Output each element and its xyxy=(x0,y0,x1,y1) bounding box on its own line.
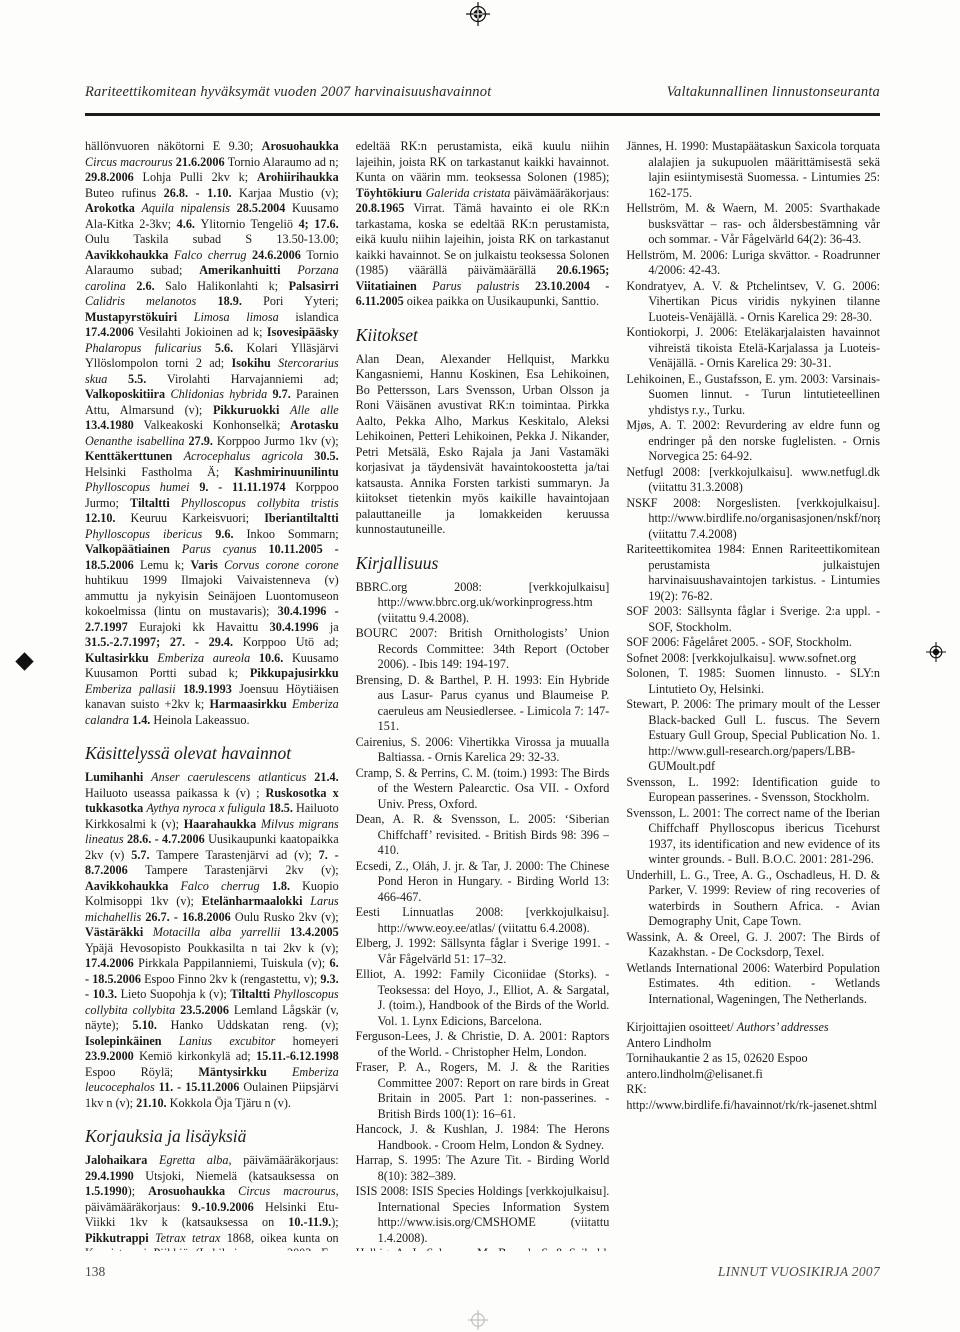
text-run: Karjaa Mustio (v); xyxy=(239,186,339,200)
page-footer: 138 LINNUT VUOSIKIRJA 2007 xyxy=(85,1264,880,1280)
paragraph: Alan Dean, Alexander Hellquist, Markku K… xyxy=(356,352,610,538)
column-1: hällönvuoren näkötorni E 9.30; Arosuohau… xyxy=(85,139,339,1251)
reference-item: Eesti Linnuatlas 2008: [verkkojulkaisu].… xyxy=(356,905,610,936)
text-run: 30.5. xyxy=(314,449,338,463)
text-run: RK: xyxy=(626,1082,646,1096)
text-run: Oenanthe isabellina xyxy=(85,434,189,448)
text-run: Espoo Finno 2kv k (rengastettu, v); xyxy=(144,972,320,986)
text-run: 29.8.2006 xyxy=(85,170,143,184)
text-run: Amerikanhuitti xyxy=(199,263,297,277)
text-run: 4.6. xyxy=(177,217,201,231)
text-run: 5.6. xyxy=(215,341,247,355)
text-run: Kashmirinuunilintu xyxy=(234,465,338,479)
text-run: Tampere Tarastenjärvi ad (v); xyxy=(156,848,318,862)
text-run: Lanius excubitor xyxy=(179,1034,293,1048)
text-run: Lohja Pulli 2kv k; xyxy=(143,170,257,184)
text-run: 15.11.-6.12.1998 xyxy=(256,1049,339,1063)
text-run: Circus macrourus xyxy=(85,155,176,169)
reference-item: Hellström, M. & Waern, M. 2005: Svarthak… xyxy=(626,201,880,248)
text-run: homeyeri xyxy=(293,1034,339,1048)
text-run: Töyhtökiuru xyxy=(356,186,426,200)
text-run: Parus palustris xyxy=(432,279,535,293)
text-run: Circus macrourus xyxy=(238,1184,335,1198)
text-run: Heinola Lakeassuo. xyxy=(153,713,249,727)
text-run: Harmaasirkku xyxy=(210,697,292,711)
text-run: Buteo rufinus xyxy=(85,186,164,200)
spacer xyxy=(626,1007,880,1020)
text-run: Ylitornio Tengeliö xyxy=(201,217,299,231)
text-run: Tiltaltti xyxy=(130,496,181,510)
text-run: 9.-10.9.2006 xyxy=(192,1200,265,1214)
text-run: 24.6.2006 xyxy=(252,248,306,262)
text-run: 17.4.2006 xyxy=(85,325,138,339)
text-run: Parus cyanus xyxy=(182,542,269,556)
text-run: Vesilahti Jokioinen ad k; xyxy=(138,325,267,339)
reference-item: Solonen, T. 1985: Suomen linnusto. - SLY… xyxy=(626,666,880,697)
address-line: RK: xyxy=(626,1082,880,1098)
section-heading: Korjauksia ja lisäyksiä xyxy=(85,1126,339,1147)
reference-item: Lehikoinen, E., Gustafsson, E. ym. 2003:… xyxy=(626,372,880,419)
text-run: 13.4.2005 xyxy=(290,925,339,939)
text-run: Ypäjä Hevosopisto Poukkasilta n tai 2kv … xyxy=(85,941,339,955)
text-run: Aavikkohaukka xyxy=(85,248,174,262)
text-run: Virolahti Harvajanniemi ad; xyxy=(167,372,339,386)
text-run: Kultasirkku xyxy=(85,651,157,665)
text-run: Falco cherrug xyxy=(174,248,252,262)
text-run: 9.7. xyxy=(272,387,296,401)
text-run: 18.9. xyxy=(217,294,263,308)
text-run: Korppoo Utö ad; xyxy=(243,635,339,649)
reference-item: Underhill, L. G., Tree, A. G., Oschadleu… xyxy=(626,868,880,930)
reference-item: Kontiokorpi, J. 2006: Eteläkarjalaisten … xyxy=(626,325,880,372)
running-head-section-title: Valtakunnallinen linnustonseuranta xyxy=(667,84,880,101)
journal-page: Rariteettikomitean hyväksymät vuoden 200… xyxy=(0,0,960,1332)
text-run: Utsjoki, Niemelä (katsauksessa on xyxy=(145,1169,338,1183)
text-run: Pikkutrappi xyxy=(85,1231,155,1245)
reference-item: Sofnet 2008: [verkkojulkaisu]. www.sofne… xyxy=(626,651,880,667)
address-line: Tornihaukantie 2 as 15, 02620 Espoo xyxy=(626,1051,880,1067)
text-run: Isovesipääsky xyxy=(267,325,339,339)
text-run: Isolepinkäinen xyxy=(85,1034,179,1048)
text-run: 1.8. xyxy=(272,879,302,893)
text-run: Arosuohaukka xyxy=(262,139,339,153)
text-run: Haarahaukka xyxy=(184,817,261,831)
text-run: Calidris melanotos xyxy=(85,294,217,308)
reference-item: BOURC 2007: British Ornithologists’ Unio… xyxy=(356,626,610,673)
text-run: Valkeakoski Konhonselkä; xyxy=(143,418,290,432)
text-run: Galerida cristata xyxy=(426,186,514,200)
text-run: Kirjoittajien osoitteet/ xyxy=(626,1020,736,1034)
running-head: Rariteettikomitean hyväksymät vuoden 200… xyxy=(85,84,880,101)
text-run: 23.9.2000 xyxy=(85,1049,139,1063)
text-run: 5.5. xyxy=(128,372,167,386)
text-run: Tornio Alaraumo ad n; xyxy=(228,155,339,169)
address-line: Antero Lindholm xyxy=(626,1036,880,1052)
text-run: 11. - 15.11.2006 xyxy=(159,1080,244,1094)
text-run: 4; 17.6. xyxy=(299,217,339,231)
text-run: Acrocephalus agricola xyxy=(184,449,315,463)
reference-item: Cairenius, S. 2006: Vihertikka Virossa j… xyxy=(356,735,610,766)
text-run: Hanko Uddskatan reng. (v); xyxy=(171,1018,339,1032)
reference-item: Ferguson-Lees, J. & Christie, D. A. 2001… xyxy=(356,1029,610,1060)
reference-item: Mjøs, A. T. 2002: Revurdering av eldre f… xyxy=(626,418,880,465)
reference-item: Fraser, P. A., Rogers, M. J. & the Rarit… xyxy=(356,1060,610,1122)
text-run: 10.-11.9. xyxy=(288,1215,331,1229)
text-run: Oulu Rusko 2kv (v); xyxy=(235,910,339,924)
text-run: 10.6. xyxy=(259,651,292,665)
text-run: Alan Dean, Alexander Hellquist, Markku K… xyxy=(356,352,610,537)
text-columns: hällönvuoren näkötorni E 9.30; Arosuohau… xyxy=(85,139,880,1251)
text-run: Tampere Tarastenjärvi 2kv (v); xyxy=(145,863,339,877)
text-run: ja xyxy=(330,620,339,634)
text-run: http://www.birdlife.fi/havainnot/rk/rk-j… xyxy=(626,1098,877,1112)
text-run: Limosa limosa xyxy=(194,310,296,324)
text-run: Tiltaltti xyxy=(230,987,273,1001)
text-run: Valkopäätiainen xyxy=(85,542,182,556)
text-run: 27.9. xyxy=(189,434,217,448)
text-run: Eurajoki kk Havaittu xyxy=(139,620,270,634)
paragraph: Lumihanhi Anser caerulescens atlanticus … xyxy=(85,770,339,1111)
text-run: Phylloscopus ibericus xyxy=(85,527,215,541)
reference-item: ISIS 2008: ISIS Species Holdings [verkko… xyxy=(356,1184,610,1246)
text-run: ); xyxy=(331,1215,338,1229)
text-run: Pirkkala Pappilanniemi, Tuiskula (v); xyxy=(138,956,329,970)
text-run: ); xyxy=(128,1184,148,1198)
text-run: Emberiza aureola xyxy=(157,651,259,665)
header-rule xyxy=(85,113,880,116)
text-run: Aythya nyroca x fuligula xyxy=(146,801,268,815)
text-run: Phylloscopus humei xyxy=(85,480,199,494)
text-run: 18.9.1993 xyxy=(183,682,239,696)
text-run: Varis xyxy=(191,558,225,572)
text-run: 5.10. xyxy=(133,1018,171,1032)
text-run: Valkoposkitiira xyxy=(85,387,170,401)
reference-item: Jännes, H. 1990: Mustapäätaskun Saxicola… xyxy=(626,139,880,201)
reference-item: Brensing, D. & Barthel, P. H. 1993: Ein … xyxy=(356,673,610,735)
text-run: Kokkola Öja Tjäru n (v). xyxy=(170,1096,291,1110)
column-3: Jännes, H. 1990: Mustapäätaskun Saxicola… xyxy=(626,139,880,1251)
text-run: 17.4.2006 xyxy=(85,956,138,970)
text-run: 1.4. xyxy=(132,713,153,727)
text-run: 23.5.2006 xyxy=(180,1003,234,1017)
text-run: 12.10. xyxy=(85,511,131,525)
text-run: edeltää RK:n perustamista, eikä kuulu ni… xyxy=(356,139,610,184)
text-run: 28.5.2004 xyxy=(237,201,292,215)
text-run: Arohiirihaukka xyxy=(257,170,339,184)
text-run: Authors’ addresses xyxy=(737,1020,829,1034)
text-run: 21.6.2006 xyxy=(176,155,228,169)
text-run: 20.8.1965 xyxy=(356,201,414,215)
text-run: Västäräkki xyxy=(85,925,153,939)
address-line: Kirjoittajien osoitteet/ Authors’ addres… xyxy=(626,1020,880,1036)
text-run: päivämääräkorjaus: xyxy=(514,186,609,200)
section-heading: Käsittelyssä olevat havainnot xyxy=(85,743,339,764)
text-run: 30.4.1996 xyxy=(270,620,330,634)
text-run: 21.10. xyxy=(136,1096,170,1110)
text-run: 13.4.1980 xyxy=(85,418,143,432)
section-heading: Kiitokset xyxy=(356,325,610,346)
text-run: Antero Lindholm xyxy=(626,1036,711,1050)
paragraph: hällönvuoren näkötorni E 9.30; Arosuohau… xyxy=(85,139,339,728)
text-run: Emberiza pallasii xyxy=(85,682,183,696)
text-run: Corvus corone corone xyxy=(224,558,339,572)
text-run: Alle alle xyxy=(290,403,339,417)
registration-mark xyxy=(468,1310,488,1330)
reference-item: BBRC.org 2008: [verkkojulkaisu] http://w… xyxy=(356,580,610,627)
running-head-article-title: Rariteettikomitean hyväksymät vuoden 200… xyxy=(85,84,491,101)
text-run: 26.8. - 1.10. xyxy=(164,186,239,200)
text-run: 9. - 11.11.1974 xyxy=(199,480,295,494)
text-run: Falco cherrug xyxy=(180,879,271,893)
text-run: Oulu Taskila subad S 13.50-13.00; xyxy=(85,232,339,246)
text-run: Aquila nipalensis xyxy=(141,201,236,215)
text-run: Palsasirri xyxy=(289,279,339,293)
text-run: 28.6. - 4.7.2006 xyxy=(127,832,208,846)
reference-item: Elliot, A. 1992: Family Ciconiidae (Stor… xyxy=(356,967,610,1029)
text-run: 5.7. xyxy=(131,848,156,862)
text-run: Lieto Suopohja k (v); xyxy=(121,987,231,1001)
text-run: Korppoo Jurmo 1kv (v); xyxy=(217,434,339,448)
reference-item: Dean, A. R. & Svensson, L. 2005: ‘Siberi… xyxy=(356,812,610,859)
text-run: Helsinki Fastholma Ä; xyxy=(85,465,234,479)
text-run: Chlidonias hybrida xyxy=(170,387,272,401)
text-run: 21.4. xyxy=(314,770,338,784)
reference-item: Wetlands International 2006: Waterbird P… xyxy=(626,961,880,1008)
reference-item: Stewart, P. 2006: The primary moult of t… xyxy=(626,697,880,775)
text-run: oikea paikka on Uusikaupunki, Santtio. xyxy=(407,294,599,308)
text-run: Tornihaukantie 2 as 15, 02620 Espoo xyxy=(626,1051,807,1065)
reference-item: Harrap, S. 1995: The Azure Tit. - Birdin… xyxy=(356,1153,610,1184)
text-run: , päivämääräkorjaus: xyxy=(228,1153,338,1167)
column-2: edeltää RK:n perustamista, eikä kuulu ni… xyxy=(356,139,610,1251)
text-run: hällönvuoren näkötorni E 9.30; xyxy=(85,139,262,153)
text-run: Anser caerulescens atlanticus xyxy=(151,770,314,784)
reference-item: Hellström, M. 2006: Luriga skvättor. - R… xyxy=(626,248,880,279)
text-run: 9.6. xyxy=(215,527,246,541)
reference-item: Elberg, J. 1992: Sällsynta fåglar i Sver… xyxy=(356,936,610,967)
text-run: Arokotka xyxy=(85,201,141,215)
text-run: Phylloscopus collybita tristis xyxy=(181,496,339,510)
reference-item: NSKF 2008: Norgeslisten. [verkkojulkaisu… xyxy=(626,496,880,543)
text-run: 26.7. - 16.8.2006 xyxy=(145,910,235,924)
reference-item: Svensson, L. 1992: Identification guide … xyxy=(626,775,880,806)
text-run: Tetrax tetrax xyxy=(155,1231,227,1245)
text-run: Pikkuruokki xyxy=(213,403,290,417)
reference-item: Hancock, J. & Kushlan, J. 1984: The Hero… xyxy=(356,1122,610,1153)
text-run: Arotasku xyxy=(290,418,339,432)
text-run: Arosuohaukka xyxy=(148,1184,238,1198)
text-run: 18.5. xyxy=(269,801,296,815)
text-run: Lemu k; xyxy=(140,558,190,572)
text-run: Lumihanhi xyxy=(85,770,151,784)
text-run: Hailuoto useassa paikassa k (v) ; xyxy=(85,786,266,800)
reference-item: Rariteettikomitea 1984: Ennen Rariteetti… xyxy=(626,542,880,604)
text-run: antero.lindholm@elisanet.fi xyxy=(626,1067,762,1081)
reference-item: Helbig, A. J., Salomon, M., Bensch, S. &… xyxy=(356,1246,610,1251)
text-run: islandica xyxy=(295,310,338,324)
text-run: 31.5.-2.7.1997; 27. - 29.4. xyxy=(85,635,243,649)
text-run: Pori Yyteri; xyxy=(263,294,339,308)
registration-mark xyxy=(926,642,946,662)
address-line: http://www.birdlife.fi/havainnot/rk/rk-j… xyxy=(626,1098,880,1114)
text-run: Aavikkohaukka xyxy=(85,879,180,893)
text-run: Phalaropus fulicarius xyxy=(85,341,215,355)
text-run: Pikkupajusirkku xyxy=(250,666,339,680)
text-run: Egretta alba xyxy=(159,1153,228,1167)
text-run: Mäntysirkku xyxy=(198,1065,292,1079)
reference-item: Ecsedi, Z., Oláh, J. jr. & Tar, J. 2000:… xyxy=(356,859,610,906)
text-run: Salo Halikonlahti k; xyxy=(165,279,288,293)
text-run: Iberiantiltaltti xyxy=(264,511,338,525)
reference-item: Wassink, A. & Oreel, G. J. 2007: The Bir… xyxy=(626,930,880,961)
paragraph: edeltää RK:n perustamista, eikä kuulu ni… xyxy=(356,139,610,310)
text-run: Isokihu xyxy=(232,356,279,370)
text-run: 1.5.1990 xyxy=(85,1184,128,1198)
reference-item: Netfugl 2008: [verkkojulkaisu]. www.netf… xyxy=(626,465,880,496)
text-run: 29.4.1990 xyxy=(85,1169,145,1183)
text-run: Inkoo Sommarn; xyxy=(246,527,338,541)
text-run: Etelänharmaalokki xyxy=(202,894,311,908)
text-run: Espoo Röylä; xyxy=(85,1065,198,1079)
section-heading: Kirjallisuus xyxy=(356,553,610,574)
registration-mark xyxy=(466,2,490,26)
text-run: Motacilla alba yarrellii xyxy=(153,925,290,939)
reference-item: SOF 2003: Sällsynta fåglar i Sverige. 2:… xyxy=(626,604,880,635)
address-line: antero.lindholm@elisanet.fi xyxy=(626,1067,880,1083)
text-run: Kemiö kirkonkylä ad; xyxy=(139,1049,256,1063)
paragraph: Jalohaikara Egretta alba, päivämääräkorj… xyxy=(85,1153,339,1251)
text-run: Keuruu Karkeisvuori; xyxy=(131,511,265,525)
text-run: Kenttäkerttunen xyxy=(85,449,184,463)
fold-mark xyxy=(15,652,33,670)
reference-item: Svensson, L. 2001: The correct name of t… xyxy=(626,806,880,868)
journal-title: LINNUT VUOSIKIRJA 2007 xyxy=(718,1264,880,1280)
text-run: Jalohaikara xyxy=(85,1153,159,1167)
reference-item: SOF 2006: Fågelåret 2005. - SOF, Stockho… xyxy=(626,635,880,651)
text-run: Mustapyrstökuiri xyxy=(85,310,194,324)
text-run: 2.6. xyxy=(136,279,165,293)
reference-item: Cramp, S. & Perrins, C. M. (toim.) 1993:… xyxy=(356,766,610,813)
reference-item: Kondratyev, A. V. & Ptchelintsev, V. G. … xyxy=(626,279,880,326)
page-number: 138 xyxy=(85,1264,105,1280)
